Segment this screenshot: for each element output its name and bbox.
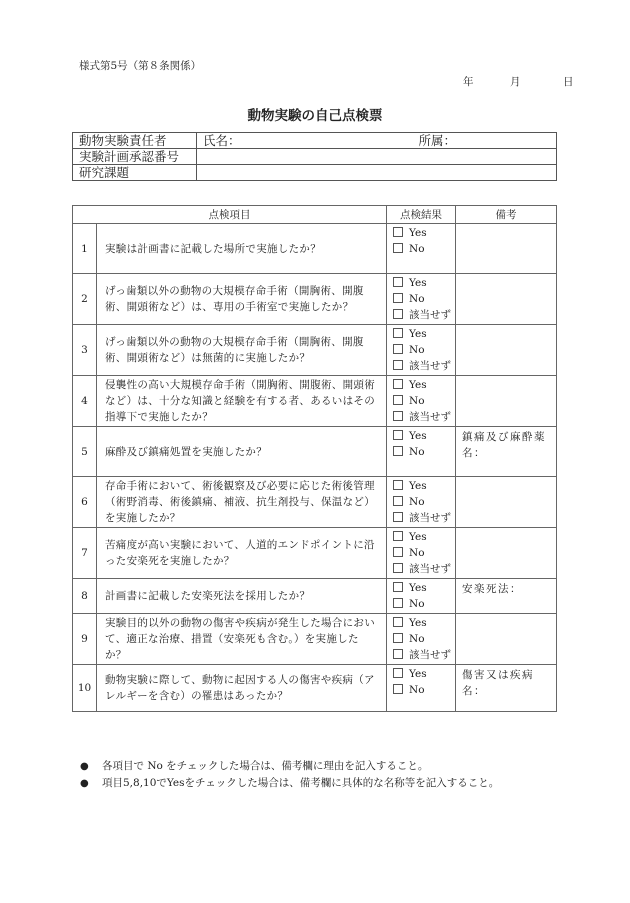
checkbox-option-no[interactable]: No: [393, 545, 455, 561]
checkbox-icon[interactable]: [393, 480, 403, 490]
checkbox-label: No: [409, 344, 425, 356]
checkbox-option-no[interactable]: No: [393, 494, 455, 510]
checkbox-label: Yes: [409, 430, 427, 442]
checkbox-icon[interactable]: [393, 379, 403, 389]
notes-field[interactable]: [456, 224, 557, 274]
result-options: YesNo該当せず: [387, 325, 456, 376]
item-number: 8: [73, 579, 97, 614]
footnote-2: ●項目5,8,10でYesをチェックした場合は、備考欄に具体的な名称等を記入する…: [80, 775, 499, 792]
checkbox-icon[interactable]: [393, 328, 403, 338]
checkbox-icon[interactable]: [393, 633, 403, 643]
checkbox-icon[interactable]: [393, 617, 403, 627]
checkbox-label: No: [409, 598, 425, 610]
bullet-icon: ●: [80, 759, 102, 775]
checkbox-icon[interactable]: [393, 309, 403, 319]
approval-number-field[interactable]: [197, 149, 557, 165]
notes-field[interactable]: [456, 614, 557, 665]
checkbox-icon[interactable]: [393, 496, 403, 506]
checkbox-option-na[interactable]: 該当せず: [393, 647, 455, 663]
checkbox-label: 該当せず: [409, 649, 451, 661]
checkbox-option-yes[interactable]: Yes: [393, 615, 455, 631]
info-row-approval: 実験計画承認番号: [73, 149, 557, 165]
checkbox-icon[interactable]: [393, 582, 403, 592]
checklist-table: 点検項目 点検結果 備考 1実験は計画書に記載した場所で実施したか？YesNo2…: [72, 205, 557, 712]
checkbox-option-yes[interactable]: Yes: [393, 580, 455, 596]
affiliation-label: 所属：: [419, 133, 457, 148]
checkbox-label: Yes: [409, 227, 427, 239]
checkbox-option-na[interactable]: 該当せず: [393, 358, 455, 374]
name-label: 氏名：: [203, 133, 241, 148]
checklist-row: 6存命手術において、術後観察及び必要に応じた術後管理（術野消毒、術後鎮痛、補液、…: [73, 477, 557, 528]
checkbox-label: 該当せず: [409, 360, 451, 372]
checklist-row: 4侵襲性の高い大規模存命手術（開胸術、開腹術、開頭術など）は、十分な知識と経験を…: [73, 376, 557, 427]
checkbox-option-yes[interactable]: Yes: [393, 428, 455, 444]
checkbox-option-na[interactable]: 該当せず: [393, 510, 455, 526]
checklist-row: 9実験目的以外の動物の傷害や疾病が発生した場合において、適正な治療、措置（安楽死…: [73, 614, 557, 665]
checkbox-option-no[interactable]: No: [393, 342, 455, 358]
info-row-title: 研究課題: [73, 165, 557, 181]
checkbox-label: Yes: [409, 582, 427, 594]
footnotes: ●各項目で No をチェックした場合は、備考欄に理由を記入すること。 ●項目5,…: [80, 758, 499, 792]
item-number: 2: [73, 274, 97, 325]
date-day-label: 日: [563, 74, 574, 89]
responsible-field[interactable]: 氏名：所属：: [197, 133, 557, 149]
checklist-row: 1実験は計画書に記載した場所で実施したか？YesNo: [73, 224, 557, 274]
item-question: 計画書に記載した安楽死法を採用したか？: [97, 579, 387, 614]
notes-field[interactable]: 安楽死法：: [456, 579, 557, 614]
checkbox-label: Yes: [409, 277, 427, 289]
checkbox-option-no[interactable]: No: [393, 682, 455, 698]
checkbox-label: Yes: [409, 328, 427, 340]
result-options: YesNo該当せず: [387, 477, 456, 528]
checkbox-label: 該当せず: [409, 563, 451, 575]
footnote-text: 項目5,8,10でYesをチェックした場合は、備考欄に具体的な名称等を記入するこ…: [102, 777, 499, 789]
checkbox-option-yes[interactable]: Yes: [393, 478, 455, 494]
checkbox-label: No: [409, 446, 425, 458]
header-notes: 備考: [456, 206, 557, 224]
checkbox-label: No: [409, 547, 425, 559]
result-options: YesNo該当せず: [387, 376, 456, 427]
checkbox-label: No: [409, 633, 425, 645]
date-year-label: 年: [463, 74, 474, 89]
checkbox-label: No: [409, 243, 425, 255]
info-row-responsible: 動物実験責任者 氏名：所属：: [73, 133, 557, 149]
approval-number-label: 実験計画承認番号: [73, 149, 197, 165]
notes-field[interactable]: [456, 274, 557, 325]
checkbox-icon[interactable]: [393, 293, 403, 303]
result-options: YesNo該当せず: [387, 528, 456, 579]
result-options: YesNo: [387, 665, 456, 712]
checkbox-icon[interactable]: [393, 277, 403, 287]
checkbox-icon[interactable]: [393, 430, 403, 440]
checklist-header-row: 点検項目 点検結果 備考: [73, 206, 557, 224]
item-number: 1: [73, 224, 97, 274]
bullet-icon: ●: [80, 776, 102, 792]
checkbox-icon[interactable]: [393, 531, 403, 541]
checkbox-label: Yes: [409, 379, 427, 391]
checkbox-icon[interactable]: [393, 668, 403, 678]
checkbox-icon[interactable]: [393, 684, 403, 694]
research-title-field[interactable]: [197, 165, 557, 181]
checklist-row: 10動物実験に際して、動物に起因する人の傷害や疾病（アレルギーを含む）の罹患はあ…: [73, 665, 557, 712]
result-options: YesNo該当せず: [387, 614, 456, 665]
notes-field[interactable]: [456, 477, 557, 528]
checkbox-option-yes[interactable]: Yes: [393, 666, 455, 682]
result-options: YesNo: [387, 224, 456, 274]
checkbox-label: No: [409, 395, 425, 407]
checkbox-option-yes[interactable]: Yes: [393, 326, 455, 342]
checkbox-option-yes[interactable]: Yes: [393, 529, 455, 545]
checkbox-label: 該当せず: [409, 411, 451, 423]
item-number: 6: [73, 477, 97, 528]
checkbox-icon[interactable]: [393, 243, 403, 253]
checkbox-option-no[interactable]: No: [393, 291, 455, 307]
item-number: 9: [73, 614, 97, 665]
checklist-row: 7苦痛度が高い実験において、人道的エンドポイントに沿った安楽死を実施したか？Ye…: [73, 528, 557, 579]
checkbox-label: Yes: [409, 531, 427, 543]
checkbox-option-no[interactable]: No: [393, 393, 455, 409]
checkbox-option-no[interactable]: No: [393, 241, 455, 257]
footnote-1: ●各項目で No をチェックした場合は、備考欄に理由を記入すること。: [80, 758, 499, 775]
item-number: 10: [73, 665, 97, 712]
checklist-row: 2げっ歯類以外の動物の大規模存命手術（開胸術、開腹術、開頭術など）は、専用の手術…: [73, 274, 557, 325]
checkbox-option-na[interactable]: 該当せず: [393, 409, 455, 425]
checklist-row: 3げっ歯類以外の動物の大規模存命手術（開胸術、開腹術、開頭術など）は無菌的に実施…: [73, 325, 557, 376]
checkbox-icon[interactable]: [393, 563, 403, 573]
checkbox-icon[interactable]: [393, 395, 403, 405]
checkbox-option-na[interactable]: 該当せず: [393, 307, 455, 323]
item-number: 3: [73, 325, 97, 376]
responsible-label: 動物実験責任者: [73, 133, 197, 149]
result-options: YesNo: [387, 427, 456, 477]
checkbox-label: Yes: [409, 480, 427, 492]
item-question: 動物実験に際して、動物に起因する人の傷害や疾病（アレルギーを含む）の罹患はあった…: [97, 665, 387, 712]
checklist-row: 5麻酔及び鎮痛処置を実施したか？YesNo鎮痛及び麻酔薬名：: [73, 427, 557, 477]
checkbox-icon[interactable]: [393, 344, 403, 354]
checkbox-label: No: [409, 684, 425, 696]
checkbox-label: No: [409, 496, 425, 508]
result-options: YesNo: [387, 579, 456, 614]
header-result: 点検結果: [387, 206, 456, 224]
item-number: 4: [73, 376, 97, 427]
checkbox-icon[interactable]: [393, 649, 403, 659]
item-question: げっ歯類以外の動物の大規模存命手術（開胸術、開腹術、開頭術など）は、専用の手術室…: [97, 274, 387, 325]
checklist-row: 8計画書に記載した安楽死法を採用したか？YesNo安楽死法：: [73, 579, 557, 614]
checkbox-label: Yes: [409, 668, 427, 680]
checkbox-option-yes[interactable]: Yes: [393, 225, 455, 241]
checkbox-option-yes[interactable]: Yes: [393, 377, 455, 393]
research-title-label: 研究課題: [73, 165, 197, 181]
item-question: 存命手術において、術後観察及び必要に応じた術後管理（術野消毒、術後鎮痛、補液、抗…: [97, 477, 387, 528]
footnote-text: 各項目で No をチェックした場合は、備考欄に理由を記入すること。: [102, 760, 428, 772]
checkbox-icon[interactable]: [393, 512, 403, 522]
checkbox-label: 該当せず: [409, 309, 451, 321]
item-number: 7: [73, 528, 97, 579]
notes-field[interactable]: 鎮痛及び麻酔薬名：: [456, 427, 557, 477]
checkbox-option-no[interactable]: No: [393, 444, 455, 460]
checkbox-icon[interactable]: [393, 547, 403, 557]
info-table: 動物実験責任者 氏名：所属： 実験計画承認番号 研究課題: [72, 132, 557, 181]
checkbox-icon[interactable]: [393, 598, 403, 608]
item-question: 苦痛度が高い実験において、人道的エンドポイントに沿った安楽死を実施したか？: [97, 528, 387, 579]
checkbox-icon[interactable]: [393, 411, 403, 421]
item-question: 実験目的以外の動物の傷害や疾病が発生した場合において、適正な治療、措置（安楽死も…: [97, 614, 387, 665]
checkbox-option-yes[interactable]: Yes: [393, 275, 455, 291]
page-title: 動物実験の自己点検票: [0, 104, 630, 124]
item-question: 侵襲性の高い大規模存命手術（開胸術、開腹術、開頭術など）は、十分な知識と経験を有…: [97, 376, 387, 427]
notes-field[interactable]: 傷害又は疾病名：: [456, 665, 557, 712]
checkbox-icon[interactable]: [393, 446, 403, 456]
notes-field[interactable]: [456, 376, 557, 427]
item-question: 麻酔及び鎮痛処置を実施したか？: [97, 427, 387, 477]
checkbox-option-no[interactable]: No: [393, 631, 455, 647]
checkbox-label: Yes: [409, 617, 427, 629]
form-number: 様式第5号（第８条関係）: [79, 58, 201, 73]
notes-field[interactable]: [456, 528, 557, 579]
checkbox-label: 該当せず: [409, 512, 451, 524]
item-number: 5: [73, 427, 97, 477]
header-item: 点検項目: [73, 206, 387, 224]
item-question: げっ歯類以外の動物の大規模存命手術（開胸術、開腹術、開頭術など）は無菌的に実施し…: [97, 325, 387, 376]
checkbox-option-na[interactable]: 該当せず: [393, 561, 455, 577]
checkbox-label: No: [409, 293, 425, 305]
checkbox-icon[interactable]: [393, 360, 403, 370]
result-options: YesNo該当せず: [387, 274, 456, 325]
notes-field[interactable]: [456, 325, 557, 376]
item-question: 実験は計画書に記載した場所で実施したか？: [97, 224, 387, 274]
checkbox-option-no[interactable]: No: [393, 596, 455, 612]
date-month-label: 月: [510, 74, 521, 89]
checkbox-icon[interactable]: [393, 227, 403, 237]
